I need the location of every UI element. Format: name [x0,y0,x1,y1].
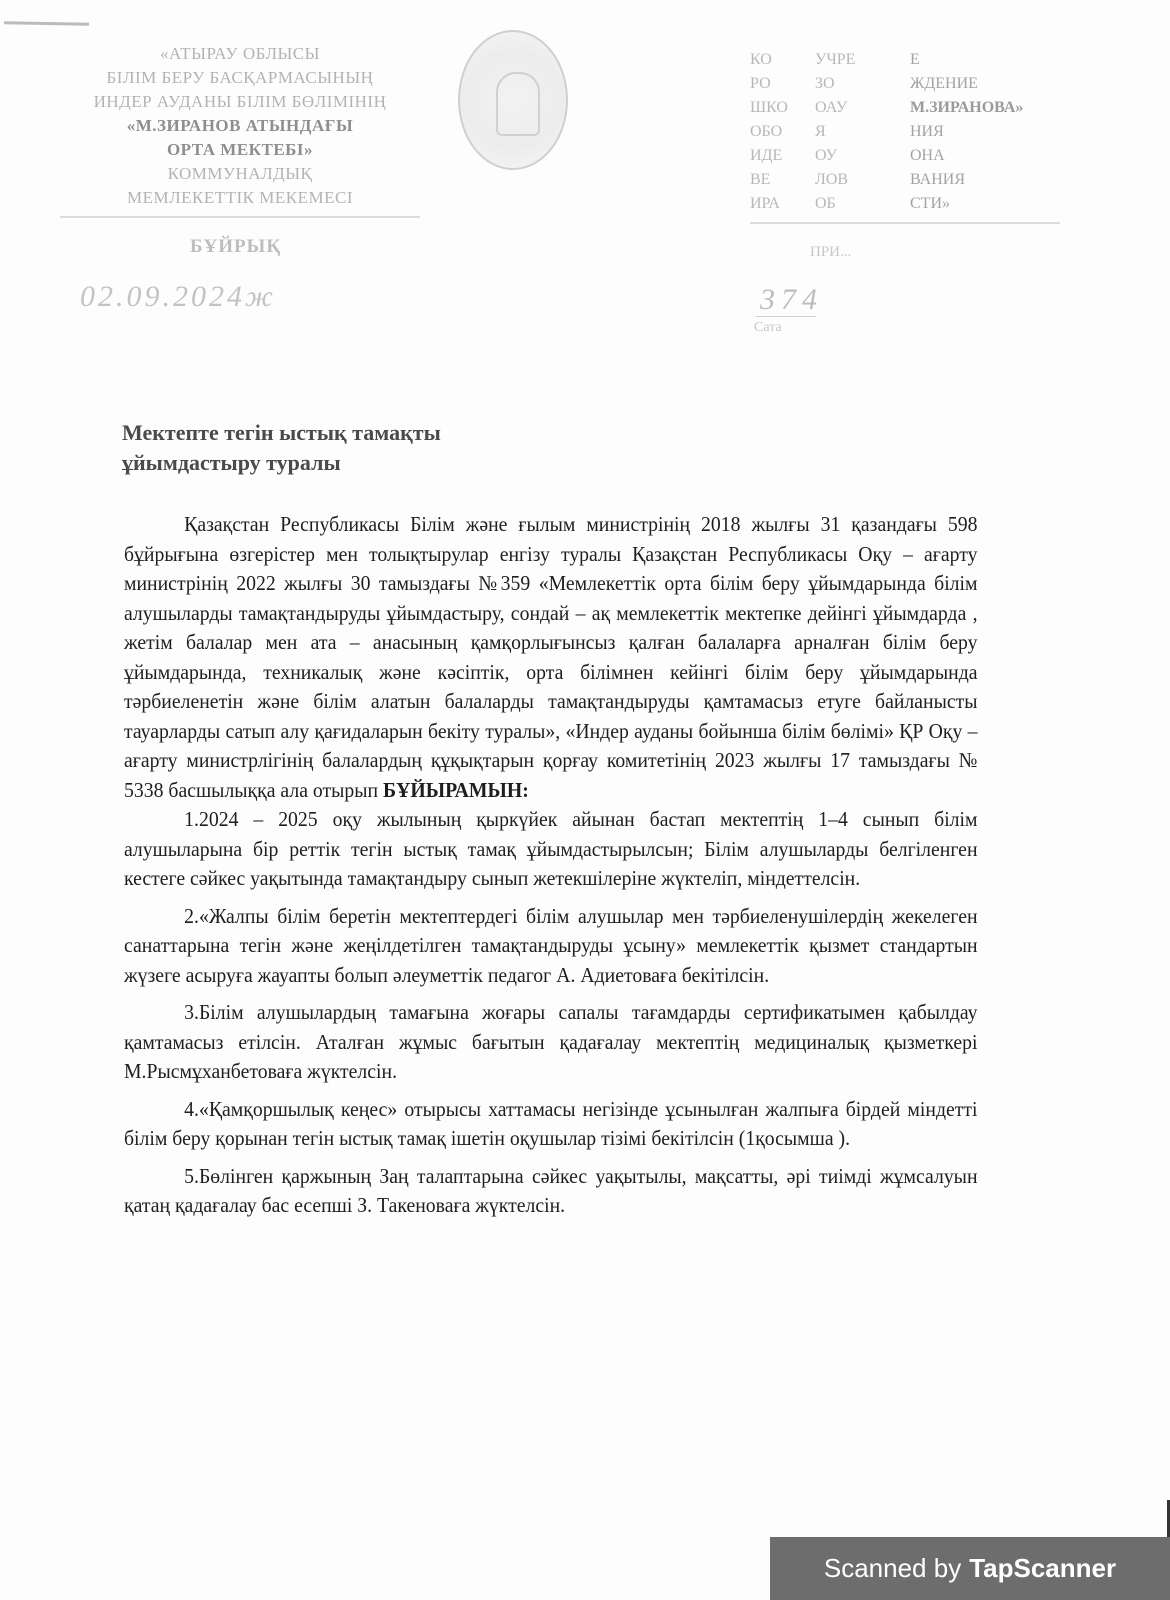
prikaz-label: ПРИ... [810,244,851,261]
number-underline [756,316,816,317]
order-item-1: 1.2024 – 2025 оқу жылының қыркүйек айына… [124,805,978,894]
header-divider [750,222,1060,224]
header-line: Индер ауданы білім бөлімінің [60,90,420,114]
handwritten-number: 374 [760,283,823,317]
handwritten-date: 02.09.2024ж [80,280,276,314]
watermark-prefix: Scanned by [824,1553,961,1584]
title-line: Мектепте тегін ыстық тамақты [122,418,441,448]
institution-header-kazakh: «Атырау облысы білім беру басқармасының … [60,42,420,218]
header-row: ИДЕ ОУ ОНА [750,144,1060,168]
order-item-2: 2.«Жалпы білім беретін мектептердегі біл… [124,902,978,991]
header-row: ВЕ ЛОВ ВАНИЯ [750,168,1060,192]
header-fragment: ЖДЕНИЕ [910,72,1060,96]
header-row: РО ЗО ЖДЕНИЕ [750,72,1060,96]
header-fragment: ОБО [750,120,815,144]
header-line: орта мектебі» [60,138,420,162]
header-fragment: ШКО [750,96,815,120]
header-fragment: НИЯ [910,120,1060,144]
header-fragment: ЗО [815,72,910,96]
header-fragment: М.ЗИРАНОВА» [910,96,1060,120]
header-fragment: Е [910,48,1060,72]
header-fragment: ВАНИЯ [910,168,1060,192]
header-fragment: РО [750,72,815,96]
header-fragment: ОНА [910,144,1060,168]
document-title: Мектепте тегін ыстық тамақты ұйымдастыру… [122,418,441,478]
state-emblem-icon [458,30,568,170]
header-fragment: СТИ» [910,192,1060,216]
header-line: білім беру басқармасының [60,66,420,90]
header-fragment: ИРА [750,192,815,216]
header-fragment: КО [750,48,815,72]
header-row: ОБО Я НИЯ [750,120,1060,144]
tapscanner-watermark: Scanned by TapScanner [770,1537,1170,1600]
header-fragment: ОАУ [815,96,910,120]
header-fragment: ЛОВ [815,168,910,192]
order-word: БҰЙЫРАМЫН: [383,778,529,802]
title-line: ұйымдастыру туралы [122,448,441,478]
preamble-paragraph: Қазақстан Республикасы Білім және ғылым … [124,510,978,805]
header-fragment: УЧРЕ [815,48,910,72]
header-divider [60,216,420,218]
header-fragment: Я [815,120,910,144]
header-line: коммуналдық [60,162,420,186]
header-row: ИРА ОБ СТИ» [750,192,1060,216]
scan-artifact-line [4,21,89,25]
header-line: «М.Зиранов атындағы [60,114,420,138]
city-label: Сата [754,320,782,336]
watermark-brand: TapScanner [969,1553,1116,1584]
institution-header-russian: КО УЧРЕ Е РО ЗО ЖДЕНИЕ ШКО ОАУ М.ЗИРАНОВ… [750,48,1060,224]
order-item-3: 3.Білім алушылардың тамағына жоғары сапа… [124,998,978,1087]
header-fragment: ИДЕ [750,144,815,168]
header-row: КО УЧРЕ Е [750,48,1060,72]
header-fragment: ОУ [815,144,910,168]
header-fragment: ОБ [815,192,910,216]
order-item-5: 5.Бөлінген қаржының Заң талаптарына сәйк… [124,1162,978,1221]
order-label: БҰЙРЫҚ [190,236,281,258]
header-line: «Атырау облысы [60,42,420,66]
header-row: ШКО ОАУ М.ЗИРАНОВА» [750,96,1060,120]
order-item-4: 4.«Қамқоршылық кеңес» отырысы хаттамасы … [124,1095,978,1154]
document-body: Қазақстан Республикасы Білім және ғылым … [124,510,978,1221]
preamble-text: Қазақстан Республикасы Білім және ғылым … [124,512,978,802]
header-fragment: ВЕ [750,168,815,192]
header-line: мемлекеттік мекемесі [60,186,420,210]
